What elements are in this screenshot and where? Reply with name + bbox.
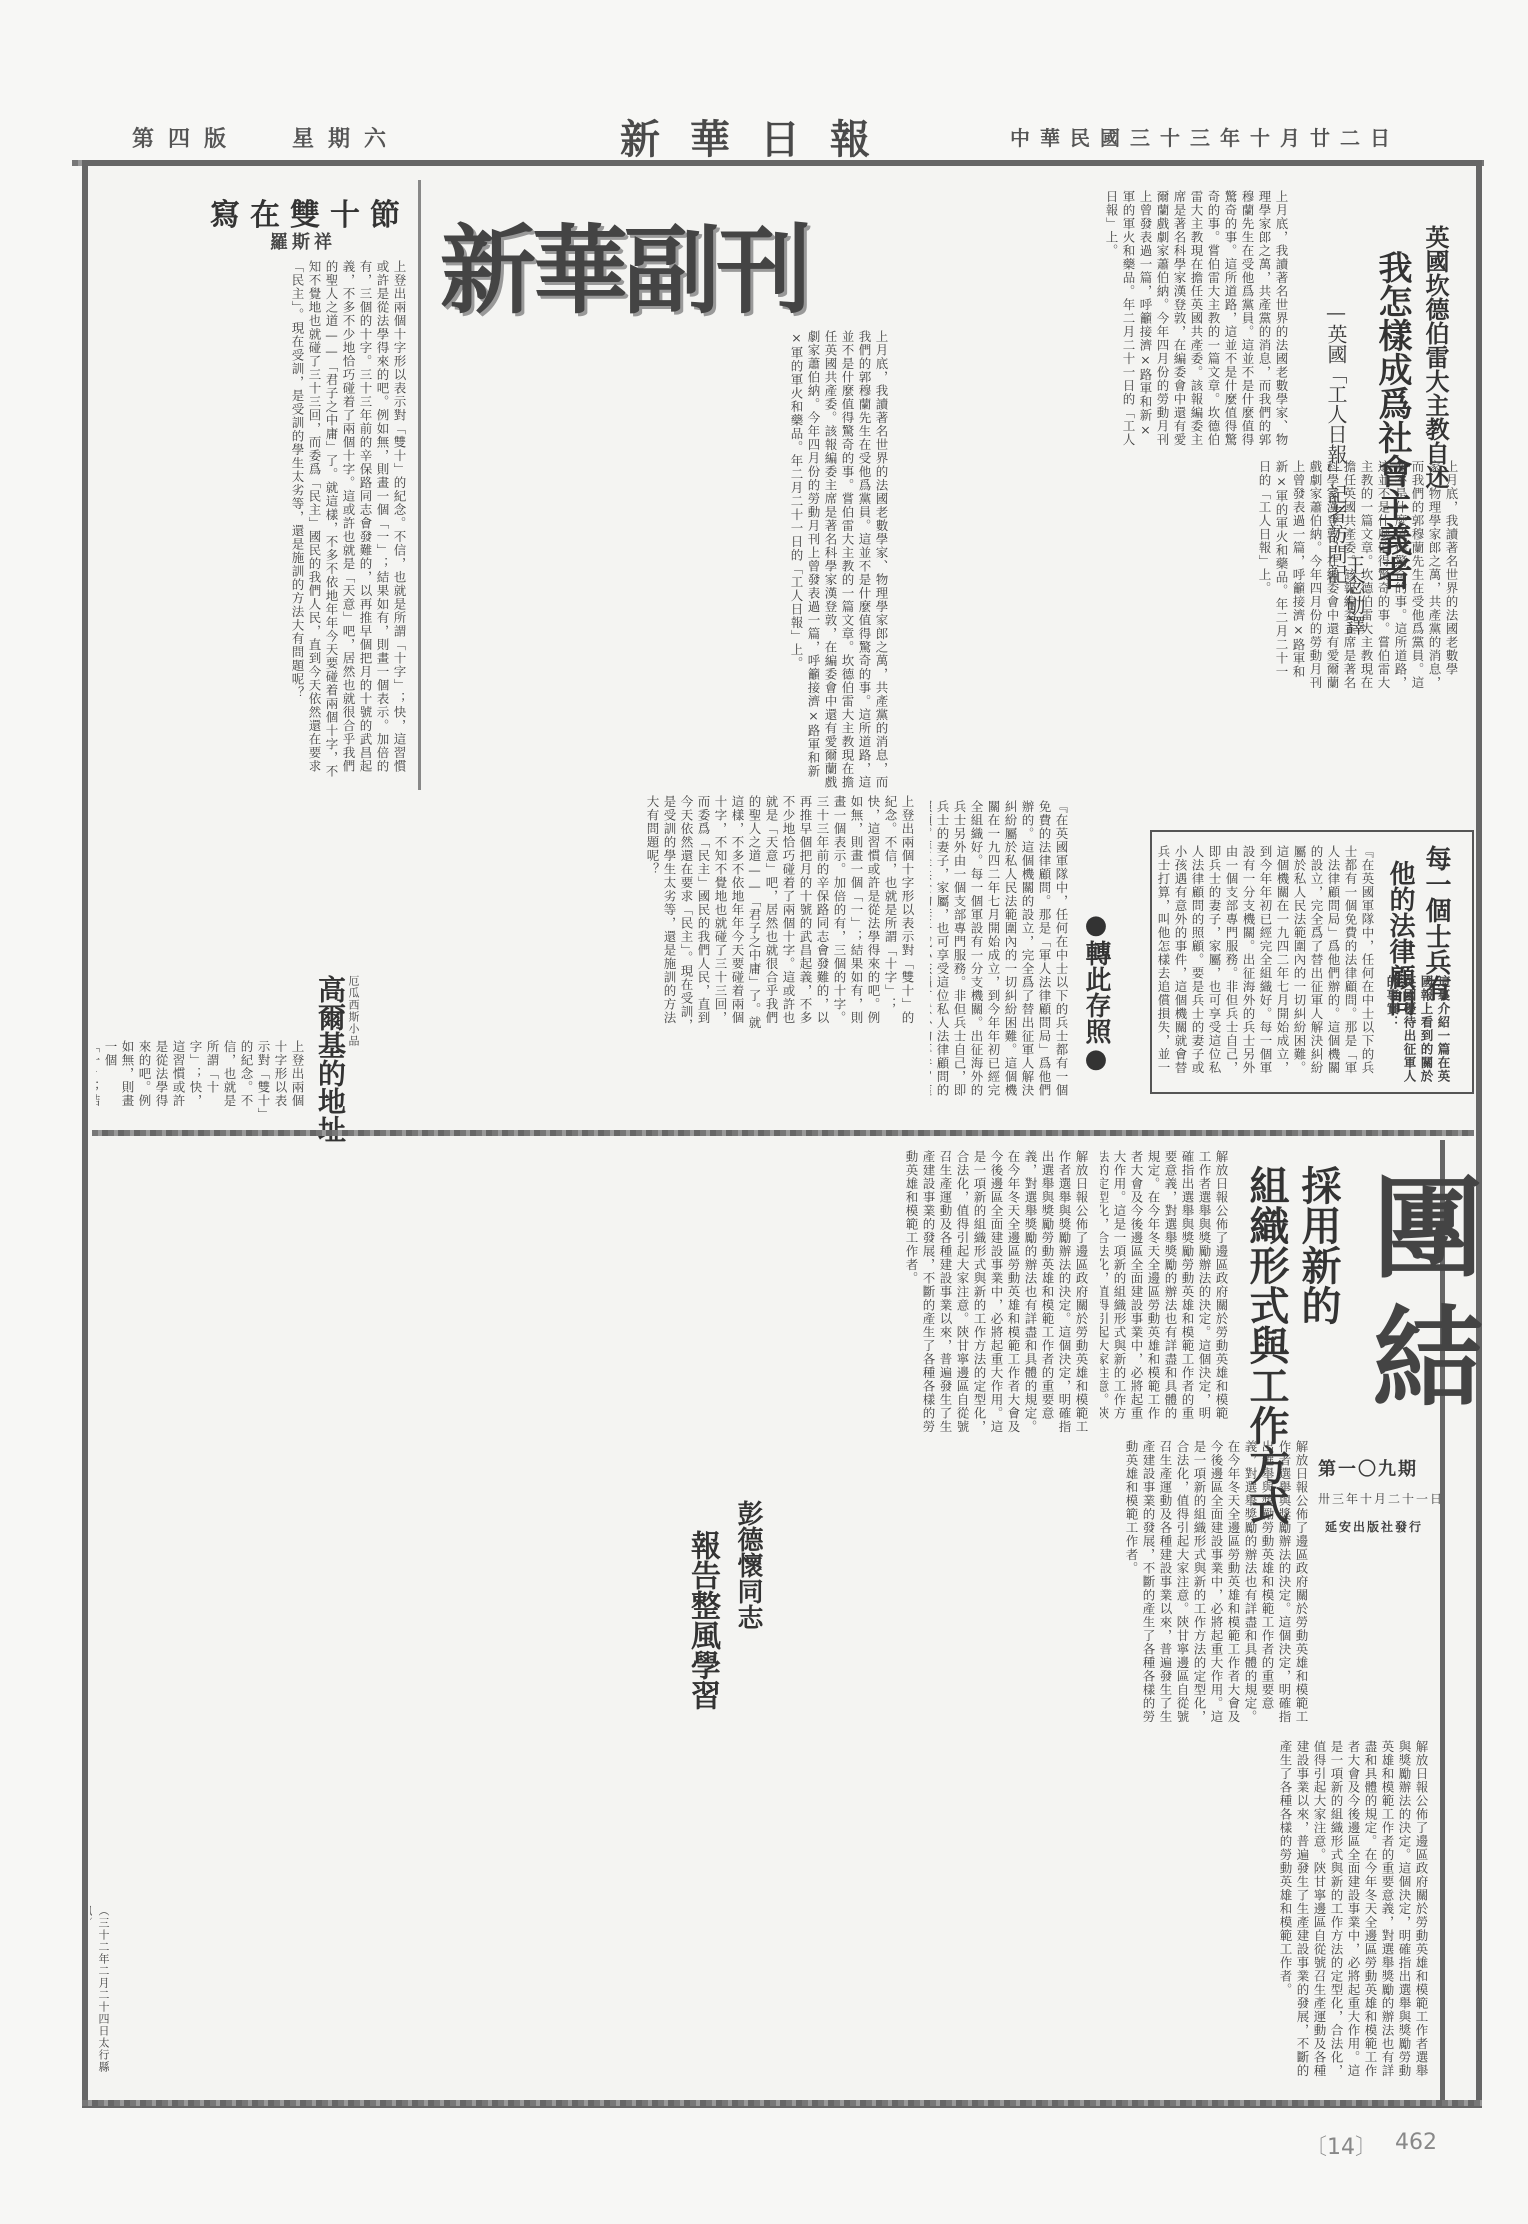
cantebury-lead: 上月底，我讀著名世界的法國老數學家、物理學家郎之萬，共產黨的消息，而我們的郭穆蘭…	[935, 190, 1290, 450]
cantebury-kicker: 英國坎德伯雷大主教自述	[1418, 225, 1453, 489]
double-ten-body: 上登出兩個十字形以表示對「雙十」的紀念。不信，也就是所謂「十字」；快，這習慣或許…	[96, 260, 408, 780]
bottom-rule	[82, 2100, 1482, 2106]
tuanjie-logo: 團結	[1340, 1170, 1498, 1430]
double-ten-author: 羅斯祥	[270, 228, 336, 254]
tuanjie-lead: 解放日報公佈了邊區政府關於勞動英雄和模範工作者選舉與獎勵辦法的決定。這個決定，明…	[1100, 1150, 1230, 1430]
page-label: 第四版	[132, 122, 240, 153]
peng-byline: 彭德懷同志	[730, 1500, 767, 1630]
peng-closing: （三十二年二月二十四日太行縣訊）	[90, 1905, 112, 2085]
page-marker: 〔14〕	[1305, 2130, 1377, 2161]
peng-headline: 報告整風學習	[680, 1530, 724, 1710]
gorky-body: 上登出兩個十字形以表示對「雙十」的紀念。不信，也就是所謂「十字」；快，這習慣或許…	[96, 1040, 306, 1120]
tuanjie-issue: 第一〇九期	[1318, 1455, 1418, 1481]
tuanjie-body-lower: 解放日報公佈了邊區政府關於勞動英雄和模範工作者選舉與獎勵辦法的決定。這個決定，明…	[100, 1740, 1430, 2080]
tuanjie-date: 卅三年十月二十一日	[1318, 1490, 1444, 1507]
legal-continued: 『在英國軍隊中，任何在中士以下的兵士都有一個免費的法律顧問。那是「軍人法律顧問局…	[930, 800, 1070, 1100]
cantebury-body: 上月底，我讀著名世界的法國老數學家、物理學家郎之萬，共產黨的消息，而我們的郭穆蘭…	[900, 460, 1460, 690]
gorky-headline: 高爾基的地址	[310, 975, 350, 1143]
legal-intro: 這裏介紹一篇在英國報上看到的關於英國優待出征軍人的事實：	[1382, 975, 1452, 1085]
tuanjie-publisher: 延安出版社發行	[1325, 1518, 1423, 1535]
newspaper-name: 新華日報	[620, 108, 900, 165]
column-divider	[418, 180, 421, 790]
supplement-logo: 新華副刊	[440, 195, 808, 332]
weekday: 星期六	[292, 122, 400, 153]
section-divider	[92, 1130, 1474, 1136]
supplement-body-text: 上月底，我讀著名世界的法國老數學家、物理學家郎之萬，共產黨的消息，而我們的郭穆蘭…	[430, 330, 890, 790]
continued-text: 上登出兩個十字形以表示對「雙十」的紀念。不信，也就是所謂「十字」；快，這習慣或許…	[96, 795, 916, 1035]
legal-body: 『在英國軍隊中，任何在中士以下的兵士都有一個免費的法律顧問。那是「軍人法律顧問局…	[1158, 845, 1376, 1085]
legal-note: ●轉此存照●	[1078, 910, 1115, 1074]
tuanjie-body-upper: 解放日報公佈了邊區政府關於勞動英雄和模範工作者選舉與獎勵辦法的決定。這個決定，明…	[100, 1150, 1090, 1440]
date-line: 中華民國三十三年十月廿二日	[1010, 122, 1400, 151]
tuanjie-headline-1: 採用新的	[1290, 1165, 1347, 1325]
page-number: 462	[1395, 2130, 1437, 2155]
